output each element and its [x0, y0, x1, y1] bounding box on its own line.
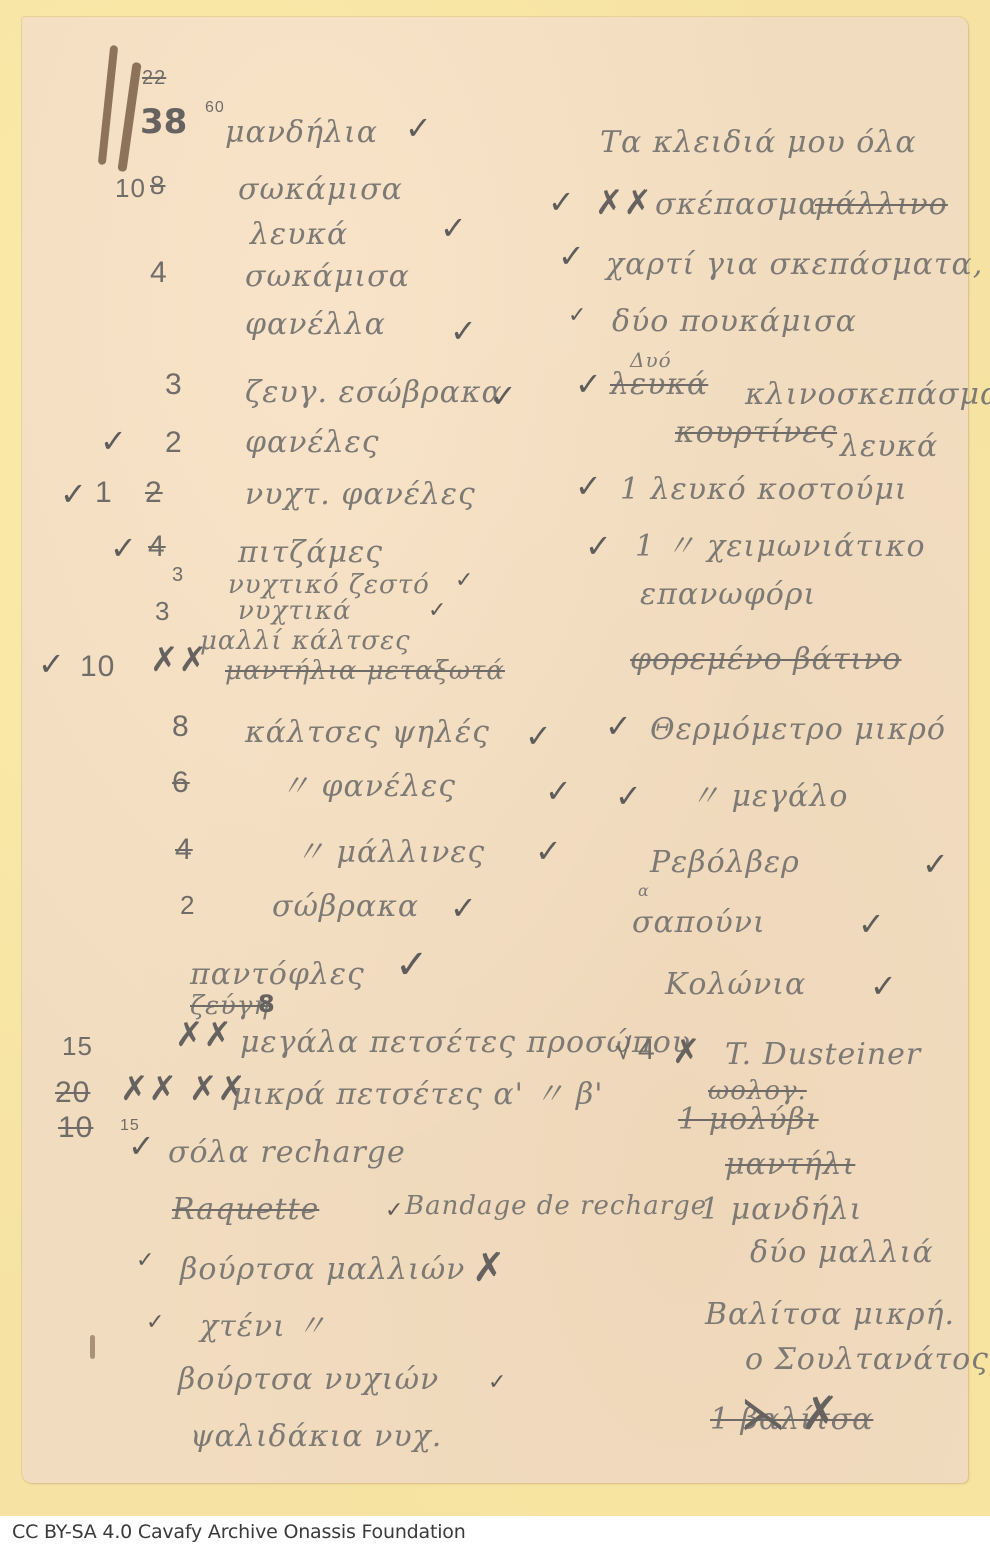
check-icon: ✓ — [870, 970, 897, 1002]
struck-text: λευκά — [610, 370, 708, 400]
list-item-text: δύο μαλλιά — [750, 1238, 934, 1268]
list-item-text: χαρτί για σκεπάσματα, — [606, 250, 983, 280]
list-item-text: Θερμόμετρο μικρό — [650, 715, 946, 745]
list-item-text: φανέλλα — [245, 310, 386, 340]
struck-qty: 10 — [58, 1113, 93, 1143]
list-item-text: ζευγ. εσώβρακα — [245, 378, 503, 408]
struck-text: μάλλινο — [815, 190, 948, 220]
list-item-text: Bandage de recharge — [405, 1193, 707, 1219]
list-item-text: σωκάμισα — [238, 175, 403, 205]
list-item-text: μαλλί κάλτσες — [200, 628, 411, 654]
crossed-item: ⋋ ✗ — [740, 1390, 839, 1436]
check-icon: ✓ — [575, 470, 602, 502]
credit-footer: CC BY-SA 4.0 Cavafy Archive Onassis Foun… — [12, 1521, 466, 1543]
qty: 8 — [172, 712, 190, 742]
check-icon: ✓ — [60, 478, 87, 510]
check-icon: ✓ — [858, 908, 885, 940]
check-icon: ✓ — [440, 212, 467, 244]
struck-qty: 8 — [150, 172, 165, 198]
list-item-text: χτένι 〃 — [200, 1312, 327, 1342]
check-icon: ✓ — [535, 835, 562, 867]
qty: 4 — [175, 835, 193, 865]
qty: 15 — [62, 1033, 93, 1059]
check-icon: ✓ — [605, 710, 632, 742]
list-item-text: σκέπασμα — [655, 190, 819, 220]
check-icon: ✓ — [428, 600, 446, 622]
list-item-text: σωκάμισα — [245, 262, 410, 292]
qty: 3 — [155, 598, 170, 624]
qty: 10 — [115, 175, 146, 201]
check-icon: ✓ — [455, 570, 473, 592]
struck-text: 1 μολύβι — [678, 1105, 819, 1135]
struck-qty: 20 — [55, 1078, 90, 1108]
list-item-text: επανωφόρι — [640, 580, 816, 610]
check-icon: ✓ — [548, 186, 575, 218]
crossed-qty: ✗ — [672, 1035, 701, 1069]
qty: 4 — [150, 258, 168, 288]
check-icon: ✓ — [615, 780, 642, 812]
scan-background: 22 38 60 μανδήλια ✓ 10 8 σωκάμισα λευκά … — [0, 0, 990, 1516]
list-item-text: Κολώνια — [665, 970, 806, 1000]
crossed-qty: ✗✗ ✗✗ — [120, 1072, 246, 1106]
list-item-text: κάλτσες ψηλές — [245, 718, 490, 748]
check-icon: ✓ — [558, 240, 585, 272]
qty: 4 — [148, 532, 166, 562]
qty: 6 — [172, 768, 190, 798]
list-item-text: μικρά πετσέτες α' 〃 β' — [232, 1080, 604, 1110]
check-icon: ✓ — [128, 1130, 155, 1162]
qty: 10 — [80, 652, 115, 682]
list-item-text: βούρτσα νυχιών — [178, 1365, 439, 1395]
superscript-text: α — [638, 883, 650, 899]
crossed-qty: ✗✗ — [595, 186, 652, 220]
qty: 2 — [165, 428, 183, 458]
struck-qty: 22 — [142, 68, 166, 88]
list-item-text: 〃 μεγάλο — [690, 782, 848, 812]
check-icon: ✓ — [575, 368, 602, 400]
crossed-qty: ✗✗ — [150, 643, 207, 677]
list-item-text: σαπούνι — [632, 908, 766, 938]
list-item-text: νυχτικό ζεστό — [228, 572, 430, 598]
check-icon: ✓ — [585, 530, 612, 562]
list-item-text: 〃 φανέλες — [280, 772, 456, 802]
struck-text: κουρτίνες — [675, 418, 837, 448]
list-item-text: σόλα recharge — [168, 1138, 406, 1168]
qty: 3 — [165, 370, 183, 400]
list-item-text: ψαλιδάκια νυχ. — [190, 1422, 442, 1452]
check-icon: ✓ — [405, 112, 432, 144]
list-item-text: 1 μανδήλι — [700, 1195, 862, 1225]
list-item-text: 1 λευκό κοστούμι — [620, 475, 908, 505]
list-item-text: δύο πουκάμισα — [612, 307, 857, 337]
check-icon: ✓ — [450, 892, 477, 924]
check-icon: ✓ — [38, 648, 65, 680]
list-item-text: σώβρακα — [272, 892, 419, 922]
list-item-text: λευκά — [840, 432, 938, 462]
list-item-text: νυχτ. φανέλες — [245, 480, 476, 510]
check-icon: ✓ — [488, 1372, 506, 1394]
check-icon: ✓ — [922, 848, 949, 880]
list-item-text: ο Σουλτανάτος — [745, 1345, 989, 1375]
check-icon: ✓ — [490, 380, 517, 412]
struck-text: ωολογ. — [708, 1078, 807, 1104]
struck-text: Raquette — [172, 1195, 319, 1225]
list-item-text: μανδήλια — [225, 118, 378, 148]
list-item-text: φανέλες — [245, 428, 380, 458]
check-icon: ✓ — [545, 775, 572, 807]
check-icon: ✓ — [100, 425, 127, 457]
crossed-item: ✗ — [472, 1248, 506, 1288]
qty: 4 — [638, 1035, 656, 1065]
check-icon: ✓ — [146, 1312, 164, 1334]
list-item-text: 〃 μάλλινες — [295, 838, 485, 868]
list-item-text: κλινοσκεπάσματα — [745, 380, 990, 410]
struck-qty: 2 — [145, 478, 163, 508]
crossed-qty: ✗✗ — [175, 1018, 232, 1052]
list-item-text: παντόφλες — [190, 960, 365, 990]
check-icon: ✓ — [525, 720, 552, 752]
struck-text: φορεμένο βάτινο — [630, 645, 902, 675]
check-icon: ✓ — [395, 945, 429, 985]
qty: 60 — [205, 100, 225, 116]
qty: 3 — [172, 565, 184, 585]
ink-stain — [90, 1335, 95, 1359]
check-icon: ✓ — [385, 1200, 403, 1222]
list-item-text: βούρτσα μαλλιών — [180, 1255, 465, 1285]
check-icon: ✓ — [136, 1250, 154, 1272]
crossed-qty: 38 — [140, 105, 187, 139]
qty: 2 — [180, 892, 195, 918]
crossed-qty: 8 — [258, 992, 275, 1016]
list-item-text: Βαλίτσα μικρή. — [705, 1300, 955, 1330]
list-item-text: λευκά — [250, 220, 348, 250]
qty: √ — [615, 1035, 632, 1065]
list-item-text: T. Dusteiner — [725, 1040, 921, 1070]
qty: 1 — [95, 478, 113, 508]
list-item-text: πιτζάμες — [238, 538, 383, 568]
list-item-text: νυχτικά — [238, 598, 352, 624]
list-item-text: Τα κλειδιά μου όλα — [600, 128, 917, 158]
list-item-text: Ρεβόλβερ — [650, 848, 800, 878]
struck-text: μαντήλια μεταξωτά — [225, 658, 505, 684]
check-icon: ✓ — [450, 315, 477, 347]
check-icon: ✓ — [110, 532, 137, 564]
list-item-text: 1 〃 χειμωνιάτικο — [635, 532, 926, 562]
struck-text: μαντήλι — [725, 1150, 855, 1180]
check-icon: ✓ — [568, 305, 586, 327]
